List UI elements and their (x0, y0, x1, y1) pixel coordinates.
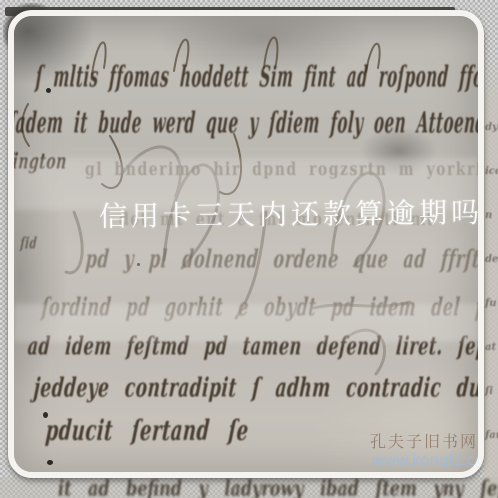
script-line-8: pducit ſertand ſe (44, 415, 250, 448)
watermark-site-name: 孔夫子旧书网 (370, 429, 478, 452)
parchment-speck (137, 263, 140, 266)
bottom-strip-script-line: it ad befind y ladyrowy ibad ſtem yny ſe… (58, 475, 498, 498)
script-line-2: ſſadem it bude werd que y ſdiem foly oen… (8, 106, 484, 140)
script-line-faded-5: ſordind pd gorhit e obydt pd idem del pu… (41, 292, 484, 321)
script-line-faint-textura: gl bnderimo hir dpnd rogzsrtn m yorkrit … (85, 160, 484, 180)
manuscript-photo-canvas: dy ico n de fu at ſi fau it ad befind y … (0, 0, 498, 498)
parchment-hole (46, 88, 51, 93)
parchment-hole (43, 412, 48, 418)
watermark-site-url: www.kongfz.com (372, 451, 484, 469)
script-margin-word: fington (8, 150, 68, 175)
parchment-hole (47, 460, 53, 465)
background-photo-bottom-strip: it ad befind y ladyrowy ibad ſtem yny ſe… (0, 477, 498, 498)
script-line-7: jeddeye contradipit ſ adhm contradic dud… (33, 373, 484, 404)
framed-manuscript-photo: gl bnderimo hir dpnd rogzsrtn m yorkrit … (8, 10, 484, 478)
right-strip-script-fragments: dy ico n de fu at ſi fau (485, 106, 497, 458)
script-line-faded-4: pd y pl dolnend ordene que ad ffrſtu a e… (85, 244, 484, 273)
script-margin-note: ſid (20, 236, 38, 253)
overlay-headline: 信用卡三天内还款算逾期吗 (99, 191, 483, 235)
script-line-6: ad idem feſtmd pd tamen defend liret. ſe… (27, 331, 484, 360)
script-line-1: ſ mltis ffomas hoddett Sim fint ad roſpo… (35, 60, 484, 94)
background-photo-right-strip: dy ico n de fu at ſi fau (484, 56, 498, 498)
